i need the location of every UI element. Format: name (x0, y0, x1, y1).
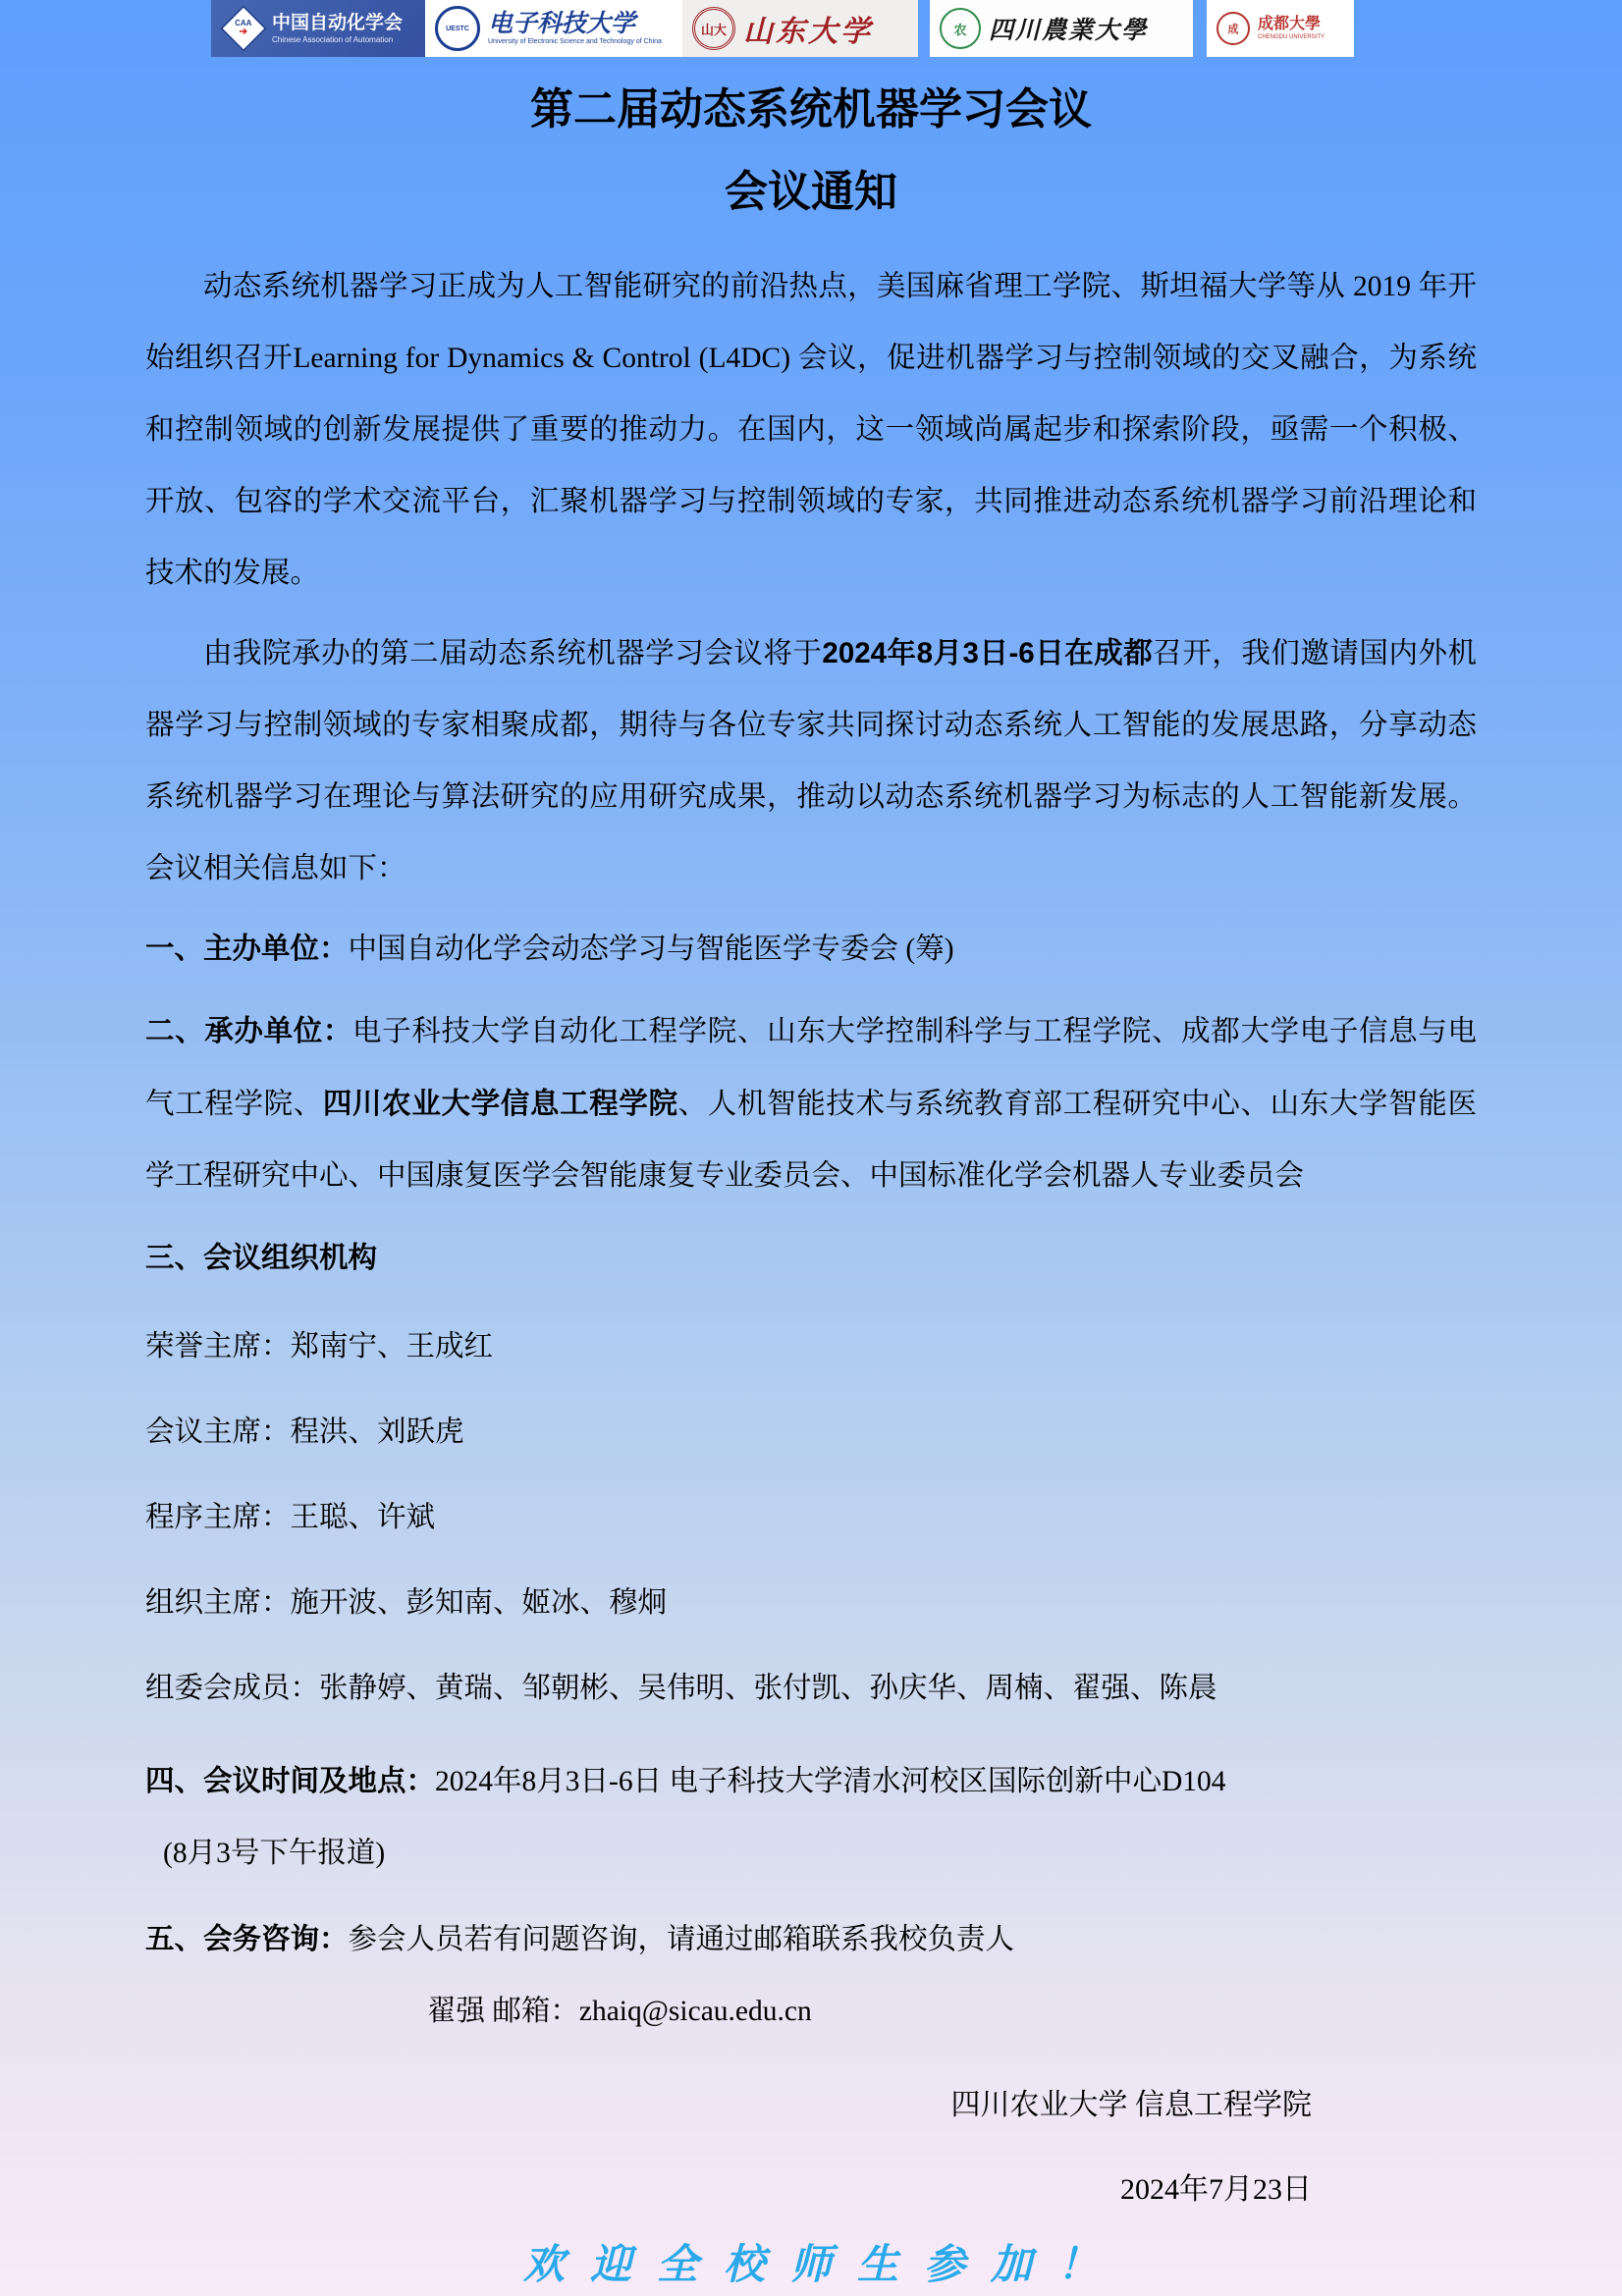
committee-row-members: 组委会成员：张静婷、黄瑞、邹朝彬、吴伟明、张付凯、孙庆华、周楠、翟强、陈晨 (145, 1646, 1477, 1732)
conference-date-bold: 2024年8月3日-6日在成都 (822, 637, 1153, 669)
uestc-logo: UESTC 电子科技大学 University of Electronic Sc… (425, 0, 682, 57)
caa-arrow-icon: ➔ (235, 27, 251, 37)
section-host-text: 中国自动化学会动态学习与智能医学专委会 (筹) (349, 934, 954, 965)
committee-names: 郑南宁、王成红 (291, 1331, 494, 1362)
organizer-sicau-bold: 四川农业大学信息工程学院 (323, 1088, 678, 1120)
committee-role: 组委会成员： (145, 1673, 319, 1704)
scau-name: 四川農業大學 (989, 11, 1148, 46)
logo-gap (1193, 0, 1207, 57)
section-committee-label: 三、会议组织机构 (145, 1242, 377, 1274)
section-time-place-label: 四、会议时间及地点： (145, 1765, 435, 1797)
committee-role: 荣誉主席： (145, 1331, 291, 1362)
sdu-abbr: 山大 (701, 20, 727, 38)
uestc-abbr: UESTC (446, 26, 469, 32)
committee-row-general: 会议主席：程洪、刘跃虎 (145, 1390, 1477, 1475)
committee-role: 程序主席： (145, 1502, 291, 1533)
intro-paragraph-2-post: 召开，我们邀请国内外机器学习与控制领域的专家相聚成都，期待与各位专家共同探讨动态… (145, 638, 1477, 884)
scau-logo: 农 四川農業大學 (930, 0, 1193, 57)
logo-gap (918, 0, 930, 57)
header-logo-strip: CAA➔ 中国自动化学会 Chinese Association of Auto… (211, 0, 1354, 57)
section-committee-heading: 三、会议组织机构 (145, 1222, 1477, 1295)
section-organizers: 二、承办单位：电子科技大学自动化工程学院、山东大学控制科学与工程学院、成都大学电… (145, 995, 1477, 1212)
contact-email-line: 翟强 邮箱：zhaiq@sicau.edu.cn (145, 1976, 1477, 2048)
uestc-subtitle: University of Electronic Science and Tec… (488, 38, 662, 46)
signature-org: 四川农业大学 信息工程学院 (145, 2063, 1477, 2148)
sdu-name: 山东大学 (743, 7, 873, 50)
committee-names: 施开波、彭知南、姬冰、穆炯 (291, 1587, 668, 1619)
committee-row-organizing: 组织主席：施开波、彭知南、姬冰、穆炯 (145, 1561, 1477, 1646)
caa-name: 中国自动化学会 (272, 13, 403, 35)
intro-paragraph-2: 由我院承办的第二届动态系统机器学习会议将于2024年8月3日-6日在成都召开，我… (145, 617, 1477, 905)
signature-date: 2024年7月23日 (145, 2148, 1477, 2232)
caa-emblem-icon: CAA➔ (220, 5, 267, 52)
committee-names: 张静婷、黄瑞、邹朝彬、吴伟明、张付凯、孙庆华、周楠、翟强、陈晨 (319, 1673, 1217, 1704)
uestc-name: 电子科技大学 (488, 11, 662, 39)
section-time-place: 四、会议时间及地点：2024年8月3日-6日 电子科技大学清水河校区国际创新中心… (145, 1745, 1477, 1818)
intro-paragraph-1: 动态系统机器学习正成为人工智能研究的前沿热点，美国麻省理工学院、斯坦福大学等从 … (145, 251, 1477, 610)
sdu-logo: 山大 山东大学 (682, 0, 918, 57)
section-host: 一、主办单位：中国自动化学会动态学习与智能医学专委会 (筹) (145, 913, 1477, 986)
sdu-emblem-icon: 山大 (692, 7, 735, 50)
section-inquiry: 五、会务咨询：参会人员若有问题咨询，请通过邮箱联系我校负责人 (145, 1903, 1477, 1976)
committee-row-honorary: 荣誉主席：郑南宁、王成红 (145, 1305, 1477, 1390)
intro-paragraph-2-pre: 由我院承办的第二届动态系统机器学习会议将于 (203, 638, 822, 669)
committee-role: 组织主席： (145, 1587, 291, 1619)
notice-document: 第二届动态系统机器学习会议 会议通知 动态系统机器学习正成为人工智能研究的前沿热… (0, 69, 1622, 2295)
caa-subtitle: Chinese Association of Automation (272, 35, 403, 45)
scau-emblem-icon: 农 (940, 8, 981, 49)
cdu-abbr: 成 (1228, 21, 1239, 36)
section-inquiry-label: 五、会务咨询： (145, 1923, 349, 1955)
caa-logo: CAA➔ 中国自动化学会 Chinese Association of Auto… (211, 0, 425, 57)
scau-abbr: 农 (953, 20, 966, 38)
committee-row-program: 程序主席：王聪、许斌 (145, 1475, 1477, 1561)
section-time-place-text: 2024年8月3日-6日 电子科技大学清水河校区国际创新中心D104 (435, 1766, 1226, 1797)
page-title-line2: 会议通知 (145, 151, 1477, 234)
section-time-place-note: (8月3号下午报道) (145, 1818, 1477, 1890)
cdu-subtitle: CHENGDU UNIVERSITY (1258, 34, 1325, 41)
uestc-emblem-icon: UESTC (435, 6, 480, 51)
cdu-name: 成都大學 (1258, 16, 1325, 33)
committee-names: 程洪、刘跃虎 (291, 1416, 464, 1448)
section-organizers-label: 二、承办单位： (145, 1015, 352, 1047)
committee-names: 王聪、许斌 (291, 1502, 436, 1533)
cdu-emblem-icon: 成 (1216, 12, 1250, 45)
committee-role: 会议主席： (145, 1416, 291, 1448)
intro-paragraph-1-text: 动态系统机器学习正成为人工智能研究的前沿热点，美国麻省理工学院、斯坦福大学等从 … (145, 271, 1477, 589)
cdu-logo: 成 成都大學 CHENGDU UNIVERSITY (1207, 0, 1354, 57)
section-host-label: 一、主办单位： (145, 933, 349, 965)
section-inquiry-text: 参会人员若有问题咨询，请通过邮箱联系我校负责人 (349, 1924, 1015, 1955)
page-title-line1: 第二届动态系统机器学习会议 (145, 69, 1477, 151)
welcome-banner: 欢迎全校师生参加！ (145, 2236, 1477, 2295)
